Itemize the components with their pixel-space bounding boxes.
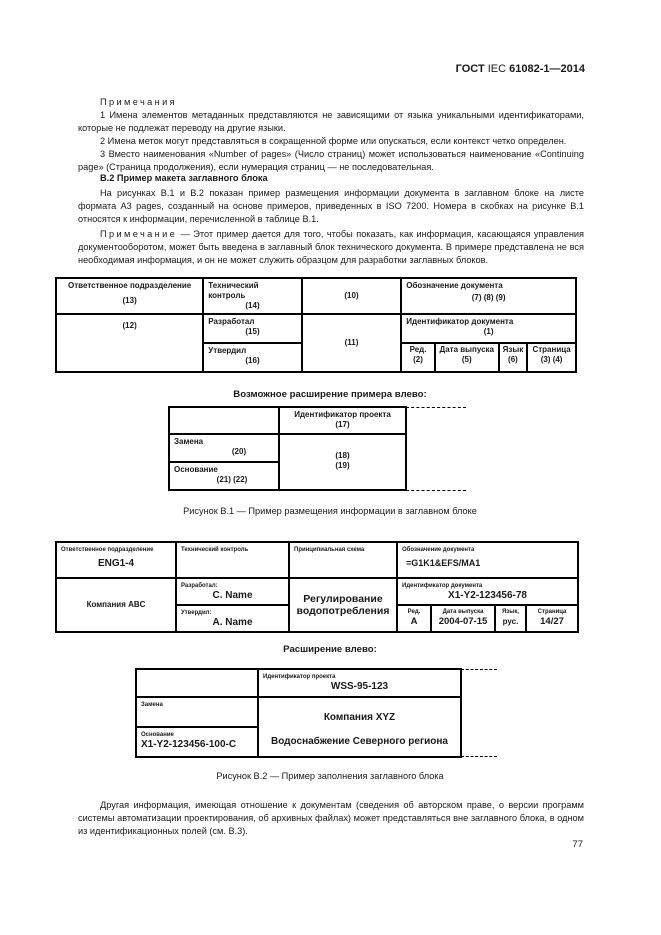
- fig1-page-cell: Страница(3) (4): [527, 343, 576, 372]
- fig1-appr-cell: Утвердил(16): [203, 343, 302, 372]
- fig1-rev-cell: Ред.(2): [401, 343, 435, 372]
- section-note: Примечание — Этот пример дается для того…: [78, 228, 584, 268]
- fig1-docid-cell: Идентификатор документа(1): [401, 314, 576, 343]
- fig2-caption: Рисунок B.2 — Пример заполнения заглавно…: [60, 771, 600, 781]
- page-number: 77: [572, 839, 583, 850]
- fig1-dev-cell: Разработал(15): [203, 314, 302, 343]
- fig2-dev-cell: Разработал:C. Name: [176, 578, 289, 605]
- header-number: 61082-1—2014: [509, 63, 585, 75]
- fig1-dept-cell: Ответственное подразделение(13): [56, 278, 203, 314]
- fig2-ext-change-cell: Замена: [136, 697, 258, 727]
- fig2-ext-title: Расширение влево:: [160, 644, 500, 655]
- fig1-title-block: Ответственное подразделение(13) Техничес…: [55, 277, 577, 373]
- fig2-docid-cell: Идентификатор документаX1-Y2-123456-78: [397, 578, 578, 605]
- section-title: B.2 Пример макета заглавного блока: [100, 173, 268, 183]
- fig2-ext-company-cell: Компания XYZВодоснабжение Северного реги…: [258, 697, 461, 757]
- fig2-tech-cell: Технический контроль: [176, 542, 289, 578]
- fig1-ext-1819-cell: (18)(19): [279, 434, 406, 490]
- fig1-ext-change-cell: Замена(20): [169, 434, 279, 462]
- fig2-lang-cell: Язык,рус.: [495, 605, 526, 632]
- fig2-scheme-cell: Принципиальная схема: [289, 542, 397, 578]
- fig2-ext-projid-cell: Идентификатор проектаWSS-95-123: [258, 669, 461, 697]
- fig2-ext-basis-cell: ОснованиеX1-Y2-123456-100-C: [136, 727, 258, 757]
- header-iec: IEC: [488, 63, 506, 75]
- header-gost: ГОСТ: [456, 63, 485, 75]
- fig2-rev-cell: Ред.A: [397, 605, 431, 632]
- fig2-dash-top: [461, 669, 497, 670]
- fig1-ext-title: Возможное расширение примера влево:: [160, 389, 500, 400]
- fig1-cell-11: (11): [302, 314, 402, 372]
- fig1-cell-12: (12): [56, 314, 203, 372]
- fig1-ext-basis-cell: Основание(21) (22): [169, 462, 279, 490]
- note-2: 2 Имена меток могут представляться в сок…: [78, 135, 584, 148]
- fig2-ext-empty-cell: [136, 669, 258, 697]
- fig1-docdes-cell: Обозначение документа(7) (8) (9): [401, 278, 576, 314]
- fig1-lang-cell: Язык(6): [499, 343, 527, 372]
- fig1-caption: Рисунок B.1 — Пример размещения информац…: [60, 506, 600, 516]
- fig1-date-cell: Дата выпуска(5): [435, 343, 499, 372]
- fig1-dash-top: [406, 407, 466, 408]
- fig2-dept-cell: Ответственное подразделениеENG1-4: [56, 542, 176, 578]
- fig2-dash-bottom: [461, 756, 497, 757]
- fig2-page-cell: Страница14/27: [526, 605, 578, 632]
- fig1-ext-empty-cell: [169, 407, 279, 434]
- fig2-title-block: Ответственное подразделениеENG1-4 Технич…: [55, 541, 579, 633]
- document-header: ГОСТ IEC 61082-1—2014: [456, 63, 585, 75]
- note-3: 3 Вместо наименования «Number of pages» …: [78, 148, 584, 174]
- fig1-cell-10: (10): [302, 278, 402, 314]
- fig2-docdes-cell: Обозначение документа=G1K1&EFS/MA1: [397, 542, 578, 578]
- fig1-tech-cell: Технический контроль(14): [203, 278, 302, 314]
- fig2-appr-cell: Утвердил:A. Name: [176, 605, 289, 632]
- fig2-date-cell: Дата выпуска2004-07-15: [431, 605, 495, 632]
- note-1: 1 Имена элементов метаданных представляю…: [78, 109, 584, 135]
- fig2-extension-block: Идентификатор проектаWSS-95-123 Замена К…: [135, 668, 462, 758]
- fig2-title-cell: Регулированиеводопотребления: [289, 578, 397, 632]
- fig1-extension-block: Идентификатор проекта(17) Замена(20) (18…: [168, 406, 407, 491]
- section-paragraph: На рисунках B.1 и B.2 показан пример раз…: [78, 187, 584, 227]
- notes-title: Примечания: [78, 96, 584, 109]
- fig1-dash-bottom: [406, 490, 466, 491]
- fig2-company-cell: Компания ABC: [56, 578, 176, 632]
- fig1-ext-projid-cell: Идентификатор проекта(17): [279, 407, 406, 434]
- closing-paragraph: Другая информация, имеющая отношение к д…: [78, 799, 584, 839]
